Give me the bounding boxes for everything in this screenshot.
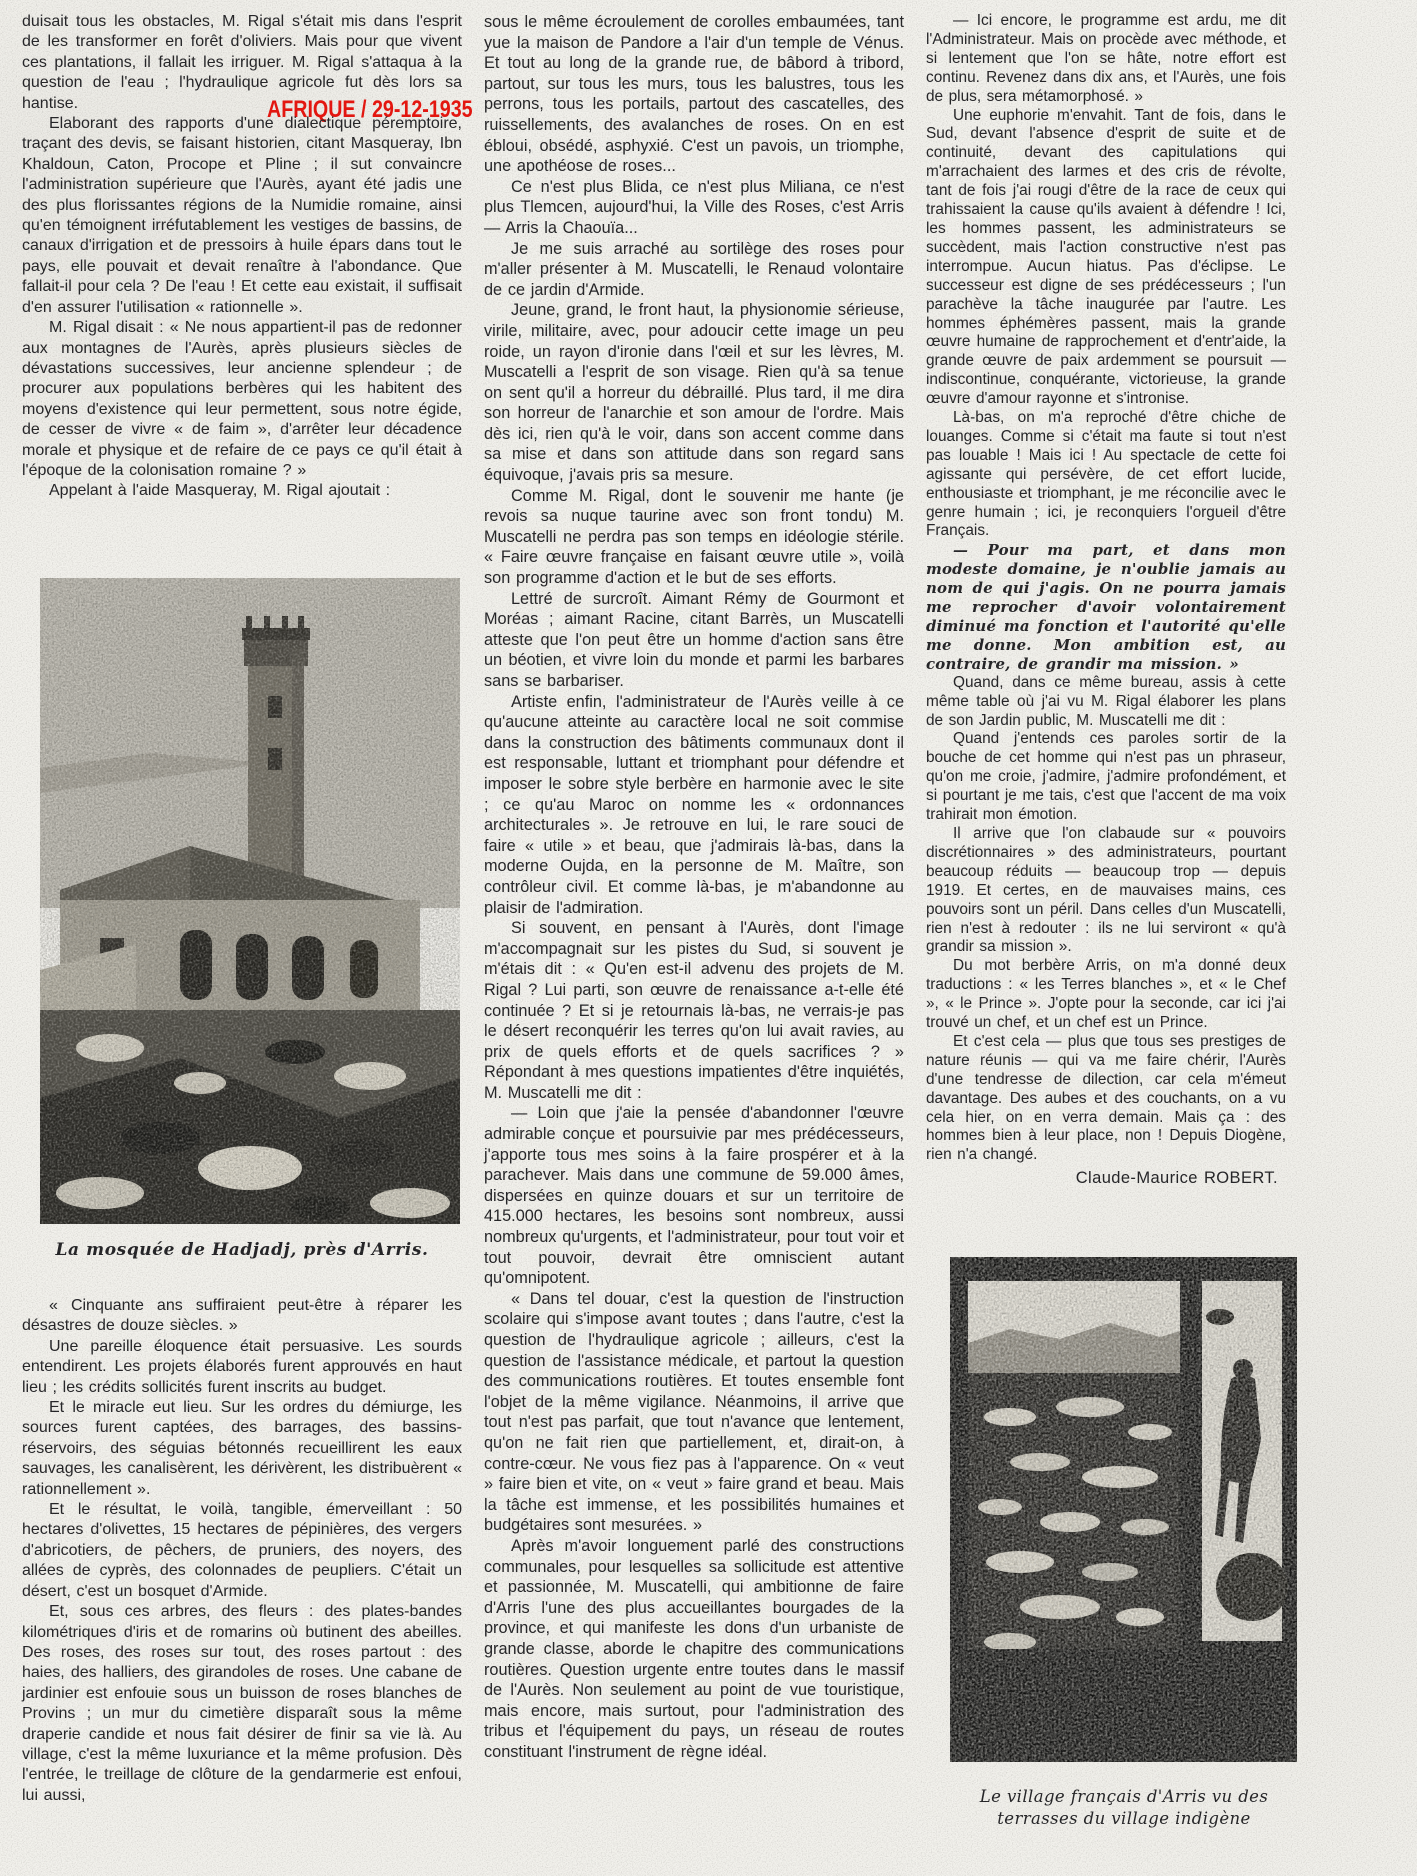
newspaper-page: { "page": { "background": "#f2f1ec", "in… bbox=[0, 0, 1417, 1876]
author-signature: Claude-Maurice ROBERT. bbox=[926, 1169, 1286, 1188]
paragraph: Quand, dans ce même bureau, assis à cett… bbox=[926, 674, 1286, 731]
paragraph: Artiste enfin, l'administrateur de l'Aur… bbox=[484, 692, 904, 919]
paragraph: Une euphorie m'envahit. Tant de fois, da… bbox=[926, 107, 1286, 410]
column-3: — Ici encore, le programme est ardu, me … bbox=[926, 12, 1286, 1188]
paragraph: Je me suis arraché au sortilège des rose… bbox=[484, 239, 904, 301]
paragraph: Comme M. Rigal, dont le souvenir me hant… bbox=[484, 486, 904, 589]
paragraph: Et c'est cela — plus que tous ses presti… bbox=[926, 1033, 1286, 1165]
paragraph: Lettré de surcroît. Aimant Rémy de Gourm… bbox=[484, 589, 904, 692]
paragraph: Elaborant des rapports d'une dialectique… bbox=[22, 114, 462, 318]
village-photo bbox=[950, 1257, 1297, 1762]
mosque-photo bbox=[40, 578, 460, 1224]
paragraph: — Pour ma part, et dans mon modeste doma… bbox=[926, 541, 1286, 673]
paragraph: Ce n'est plus Blida, ce n'est plus Milia… bbox=[484, 177, 904, 239]
paragraph: Du mot berbère Arris, on m'a donné deux … bbox=[926, 957, 1286, 1033]
paragraph: M. Rigal disait : « Ne nous appartient-i… bbox=[22, 318, 462, 481]
paragraph: Et le résultat, le voilà, tangible, émer… bbox=[22, 1500, 462, 1602]
paragraph: Et, sous ces arbres, des fleurs : des pl… bbox=[22, 1602, 462, 1806]
column-3-paragraphs: — Ici encore, le programme est ardu, me … bbox=[926, 12, 1286, 1165]
paragraph: — Loin que j'aie la pensée d'abandonner … bbox=[484, 1103, 904, 1288]
paragraph: « Dans tel douar, c'est la question de l… bbox=[484, 1289, 904, 1536]
paragraph: Là-bas, on m'a reproché d'être chiche de… bbox=[926, 409, 1286, 541]
paragraph: Appelant à l'aide Masqueray, M. Rigal aj… bbox=[22, 481, 462, 501]
column-2: sous le même écroulement de corolles emb… bbox=[484, 12, 904, 1762]
paragraph: sous le même écroulement de corolles emb… bbox=[484, 12, 904, 177]
paragraph: Et le miracle eut lieu. Sur les ordres d… bbox=[22, 1398, 462, 1500]
column-1-lower: « Cinquante ans suffiraient peut-être à … bbox=[22, 1296, 462, 1806]
paragraph: Quand j'entends ces paroles sortir de la… bbox=[926, 730, 1286, 825]
paragraph: Jeune, grand, le front haut, la physiono… bbox=[484, 300, 904, 485]
paragraph: — Ici encore, le programme est ardu, me … bbox=[926, 12, 1286, 107]
mosque-photo-image bbox=[40, 578, 460, 1224]
paragraph: duisait tous les obstacles, M. Rigal s'é… bbox=[22, 12, 462, 114]
paragraph: Si souvent, en pensant à l'Aurès, dont l… bbox=[484, 918, 904, 1103]
paragraph: Une pareille éloquence était persuasive.… bbox=[22, 1337, 462, 1398]
paragraph: « Cinquante ans suffiraient peut-être à … bbox=[22, 1296, 462, 1337]
paragraph: Il arrive que l'on clabaude sur « pouvoi… bbox=[926, 825, 1286, 957]
column-1-upper: duisait tous les obstacles, M. Rigal s'é… bbox=[22, 12, 462, 502]
mosque-photo-caption: La mosquée de Hadjadj, près d'Arris. bbox=[22, 1240, 462, 1260]
village-photo-image bbox=[950, 1257, 1297, 1762]
village-photo-caption: Le village français d'Arris vu des terra… bbox=[946, 1786, 1302, 1830]
paragraph: Après m'avoir longuement parlé des const… bbox=[484, 1536, 904, 1763]
